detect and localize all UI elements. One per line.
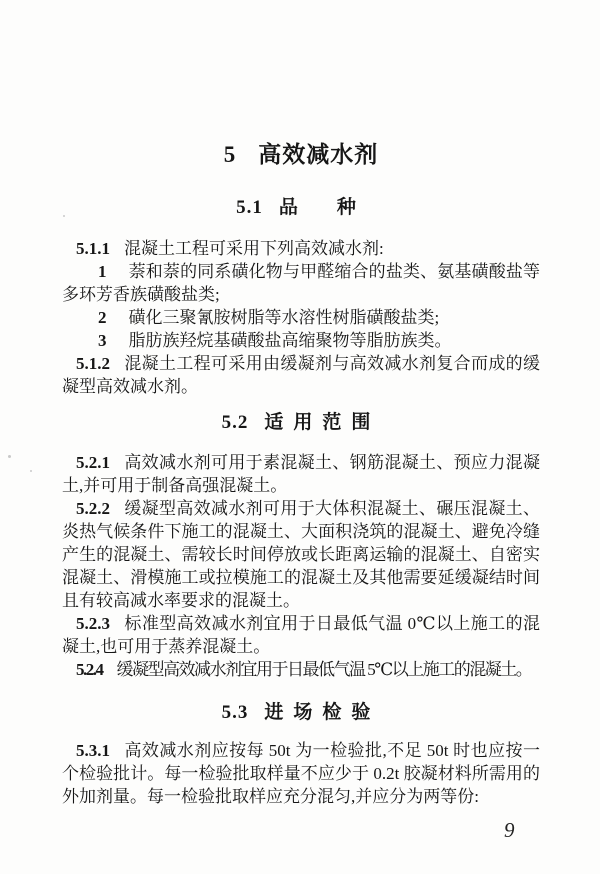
clause-text: 高效减水剂可用于素混凝土、钢筋混凝土、预应力混凝土,并可用于制备高强混凝土。 (62, 453, 540, 495)
clause-number: 5.3.1 (76, 741, 110, 760)
scan-speck (30, 470, 32, 472)
clause-text: 缓凝型高效减水剂可用于大体积混凝土、碾压混凝土、炎热气候条件下施工的混凝土、大面… (62, 499, 540, 610)
page-number: 9 (504, 818, 515, 843)
section-heading: 5.3进场检验 (62, 700, 540, 726)
list-text: 脂肪族羟烷基磺酸盐高缩聚物等脂肪族类。 (129, 331, 452, 350)
clause-number: 5.2.2 (76, 499, 110, 518)
clause-number: 5.2.4 (76, 660, 103, 679)
clause-text: 标准型高效减水剂宜用于日最低气温 0℃以上施工的混凝土,也可用于蒸养混凝土。 (62, 614, 540, 656)
section-5-1: 5.1品 种 5.1.1混凝土工程可采用下列高效减水剂: 1萘和萘的同系磺化物与… (62, 195, 540, 398)
section-clauses: 5.1.1混凝土工程可采用下列高效减水剂: 1萘和萘的同系磺化物与甲醛缩合的盐类… (62, 237, 540, 398)
clause-5-1-2: 5.1.2混凝土工程可采用由缓凝剂与高效减水剂复合而成的缓凝型高效减水剂。 (62, 352, 540, 398)
section-clauses: 5.3.1高效减水剂应按每 50t 为一检验批,不足 50t 时也应按一个检验批… (62, 739, 540, 808)
list-text: 萘和萘的同系磺化物与甲醛缩合的盐类、氨基磺酸盐等多环芳香族磺酸盐类; (62, 262, 540, 304)
list-item-3: 3脂肪族羟烷基磺酸盐高缩聚物等脂肪族类。 (62, 329, 540, 352)
clause-5-1-1: 5.1.1混凝土工程可采用下列高效减水剂: (62, 237, 540, 260)
chapter-heading: 5高效减水剂 (62, 140, 540, 170)
clause-text: 高效减水剂应按每 50t 为一检验批,不足 50t 时也应按一个检验批计。每一检… (62, 741, 540, 806)
clause-number: 5.1.1 (76, 239, 110, 258)
chapter-title: 高效减水剂 (258, 142, 378, 167)
section-5-2: 5.2适用范围 5.2.1高效减水剂可用于素混凝土、钢筋混凝土、预应力混凝土,并… (62, 410, 540, 681)
clause-5-2-2: 5.2.2缓凝型高效减水剂可用于大体积混凝土、碾压混凝土、炎热气候条件下施工的混… (62, 497, 540, 612)
clause-5-3-1: 5.3.1高效减水剂应按每 50t 为一检验批,不足 50t 时也应按一个检验批… (62, 739, 540, 808)
clause-5-2-3: 5.2.3标准型高效减水剂宜用于日最低气温 0℃以上施工的混凝土,也可用于蒸养混… (62, 612, 540, 658)
section-title: 品 种 (279, 197, 366, 218)
clause-number: 5.2.1 (76, 453, 110, 472)
text-block: 5高效减水剂 5.1品 种 5.1.1混凝土工程可采用下列高效减水剂: 1萘和萘… (62, 0, 540, 808)
clause-5-2-1: 5.2.1高效减水剂可用于素混凝土、钢筋混凝土、预应力混凝土,并可用于制备高强混… (62, 451, 540, 497)
document-page: 5高效减水剂 5.1品 种 5.1.1混凝土工程可采用下列高效减水剂: 1萘和萘… (0, 0, 600, 874)
clause-text: 缓凝型高效减水剂宜用于日最低气温 5℃以上施工的混凝土。 (117, 660, 532, 679)
section-5-3: 5.3进场检验 5.3.1高效减水剂应按每 50t 为一检验批,不足 50t 时… (62, 700, 540, 808)
section-title: 进场检验 (264, 702, 380, 723)
clause-number: 5.2.3 (76, 614, 110, 633)
section-number: 5.2 (222, 412, 249, 433)
clause-number: 5.1.2 (76, 354, 110, 373)
section-clauses: 5.2.1高效减水剂可用于素混凝土、钢筋混凝土、预应力混凝土,并可用于制备高强混… (62, 451, 540, 681)
chapter-number: 5 (224, 142, 237, 167)
section-number: 5.3 (222, 702, 249, 723)
list-item-2: 2磺化三聚氰胺树脂等水溶性树脂磺酸盐类; (62, 306, 540, 329)
clause-text: 混凝土工程可采用由缓凝剂与高效减水剂复合而成的缓凝型高效减水剂。 (62, 354, 540, 396)
list-number: 3 (98, 331, 107, 350)
scan-speck (8, 455, 11, 458)
list-number: 1 (98, 262, 107, 281)
section-number: 5.1 (236, 197, 263, 218)
list-number: 2 (98, 308, 107, 327)
section-heading: 5.1品 种 (62, 195, 540, 221)
list-item-1: 1萘和萘的同系磺化物与甲醛缩合的盐类、氨基磺酸盐等多环芳香族磺酸盐类; (62, 260, 540, 306)
section-heading: 5.2适用范围 (62, 410, 540, 436)
list-text: 磺化三聚氰胺树脂等水溶性树脂磺酸盐类; (129, 308, 440, 327)
clause-text: 混凝土工程可采用下列高效减水剂: (124, 239, 384, 258)
section-title: 适用范围 (264, 412, 380, 433)
clause-5-2-4: 5.2.4缓凝型高效减水剂宜用于日最低气温 5℃以上施工的混凝土。 (62, 658, 540, 681)
